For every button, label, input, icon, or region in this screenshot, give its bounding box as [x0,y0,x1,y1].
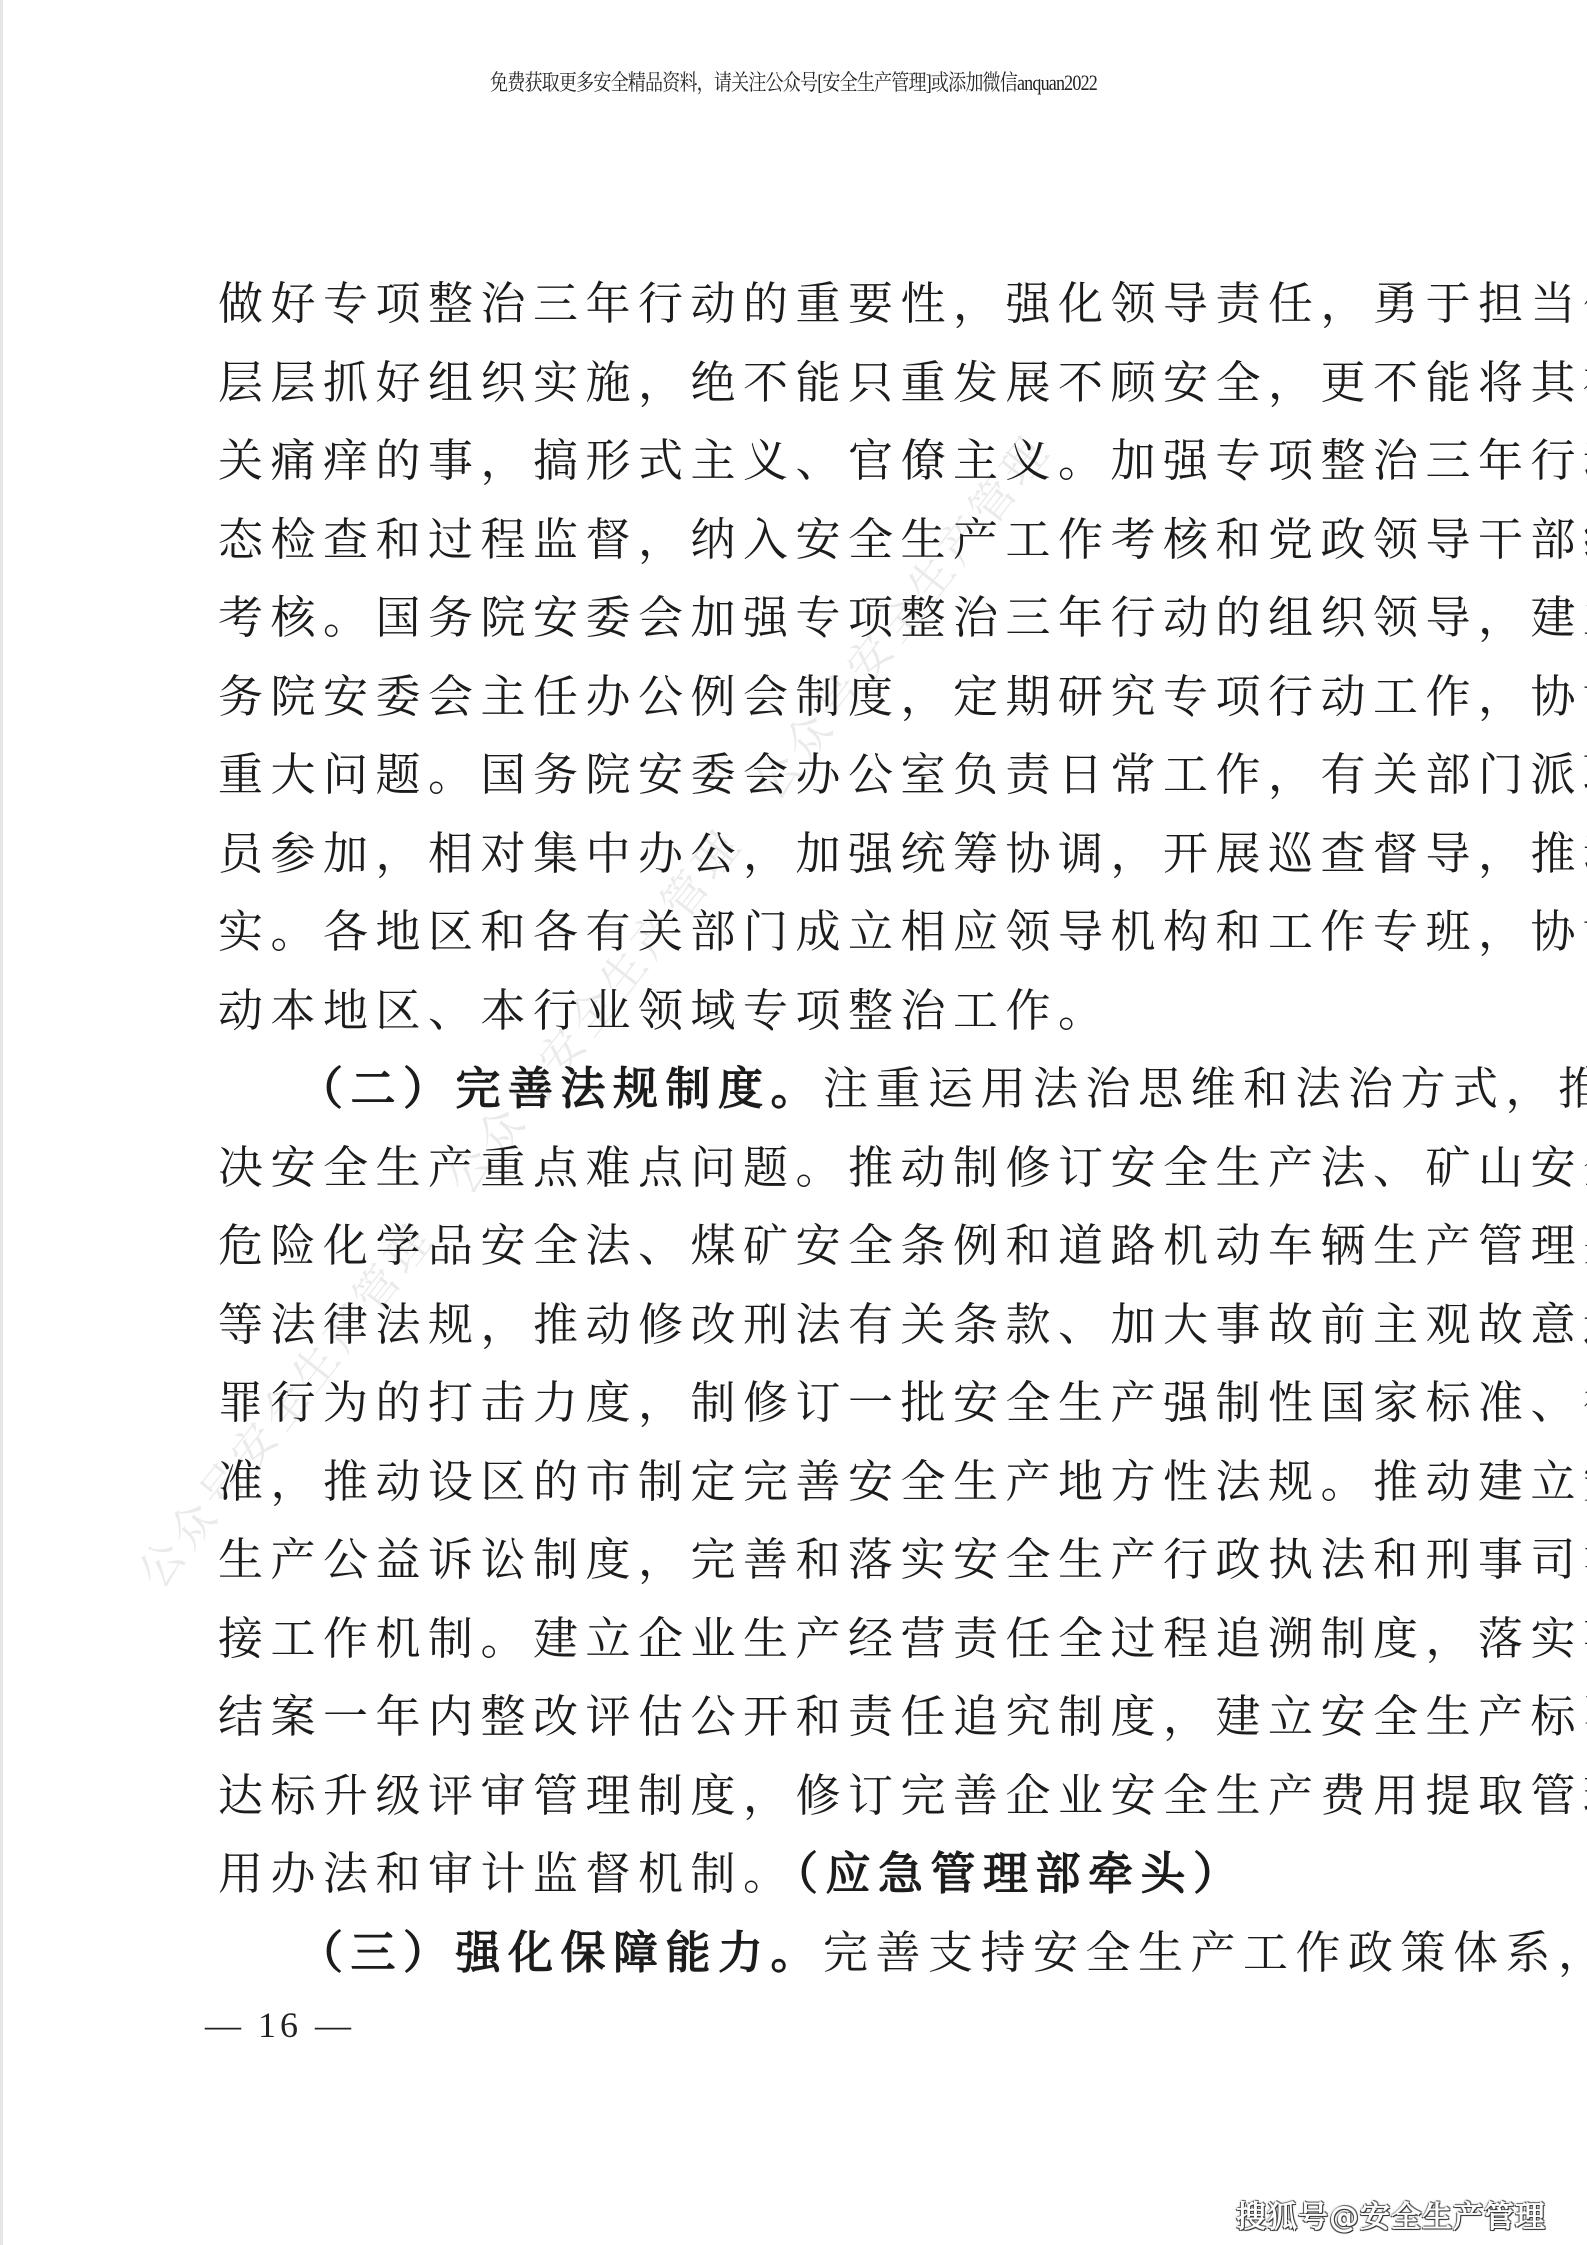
text-line: 实。各地区和各有关部门成立相应领导机构和工作专班，协调推 [218,902,1388,981]
text-line: 态检查和过程监督，纳入安全生产工作考核和党政领导干部绩效 [218,510,1388,589]
source-watermark: 搜狐号@安全生产管理 [1236,2192,1546,2236]
text-run: 用办法和审计监督机制。 [218,1847,796,1900]
text-line: 准，推动设区的市制定完善安全生产地方性法规。推动建立安全 [218,1452,1388,1531]
text-line: 关痛痒的事，搞形式主义、官僚主义。加强专项整治三年行动的动 [218,431,1388,510]
text-line: 用办法和审计监督机制。（应急管理部牵头） [218,1844,1388,1923]
text-line: 罪行为的打击力度，制修订一批安全生产强制性国家标准、行业标 [218,1373,1388,1452]
section-heading: （三）强化保障能力。 [298,1926,823,1979]
text-line: 达标升级评审管理制度，修订完善企业安全生产费用提取管理使 [218,1766,1388,1845]
text-line: 重大问题。国务院安委会办公室负责日常工作，有关部门派联络 [218,745,1388,824]
page-edge [0,0,3,2245]
text-line: 生产公益诉讼制度，完善和落实安全生产行政执法和刑事司法衔 [218,1530,1388,1609]
paragraph-1: 做好专项整治三年行动的重要性，强化领导责任，勇于担当作为， 层层抓好组织实施，绝… [218,274,1388,1059]
page-number: — 16 — [205,2004,355,2046]
header-promo-note: 免费获取更多安全精品资料，请关注公众号[安全生产管理]或添加微信anquan20… [143,66,1444,97]
text-line: 等法律法规，推动修改刑法有关条款、加大事故前主观故意违法犯 [218,1295,1388,1374]
text-run: 完善支持安全生产工作政策体系，强化 [823,1926,1587,1979]
text-line: 决安全生产重点难点问题。推动制修订安全生产法、矿山安全法、 [218,1138,1388,1217]
text-run: 注重运用法治思维和法治方式，推动解 [823,1062,1587,1115]
text-line: （二）完善法规制度。注重运用法治思维和法治方式，推动解 [218,1059,1388,1138]
text-line: 考核。国务院安委会加强专项整治三年行动的组织领导，建立国 [218,588,1388,667]
text-line: （三）强化保障能力。完善支持安全生产工作政策体系，强化 [218,1923,1388,2002]
lead-department: （应急管理部牵头） [796,1847,1246,1900]
text-line: 接工作机制。建立企业生产经营责任全过程追溯制度，落实事故 [218,1609,1388,1688]
text-line: 危险化学品安全法、煤矿安全条例和道路机动车辆生产管理条例 [218,1216,1388,1295]
paragraph-2: （二）完善法规制度。注重运用法治思维和法治方式，推动解 决安全生产重点难点问题。… [218,1059,1388,1923]
text-line: 结案一年内整改评估公开和责任追究制度，建立安全生产标准化 [218,1687,1388,1766]
text-line: 员参加，相对集中办公，加强统筹协调，开展巡查督导，推动工作落 [218,824,1388,903]
paragraph-3: （三）强化保障能力。完善支持安全生产工作政策体系，强化 [218,1923,1388,2002]
text-line: 动本地区、本行业领域专项整治工作。 [218,981,1388,1060]
document-body: 做好专项整治三年行动的重要性，强化领导责任，勇于担当作为， 层层抓好组织实施，绝… [218,274,1388,2001]
text-line: 层层抓好组织实施，绝不能只重发展不顾安全，更不能将其视为无 [218,353,1388,432]
text-line: 做好专项整治三年行动的重要性，强化领导责任，勇于担当作为， [218,274,1388,353]
text-line: 务院安委会主任办公例会制度，定期研究专项行动工作，协调解决 [218,667,1388,746]
section-heading: （二）完善法规制度。 [298,1062,823,1115]
